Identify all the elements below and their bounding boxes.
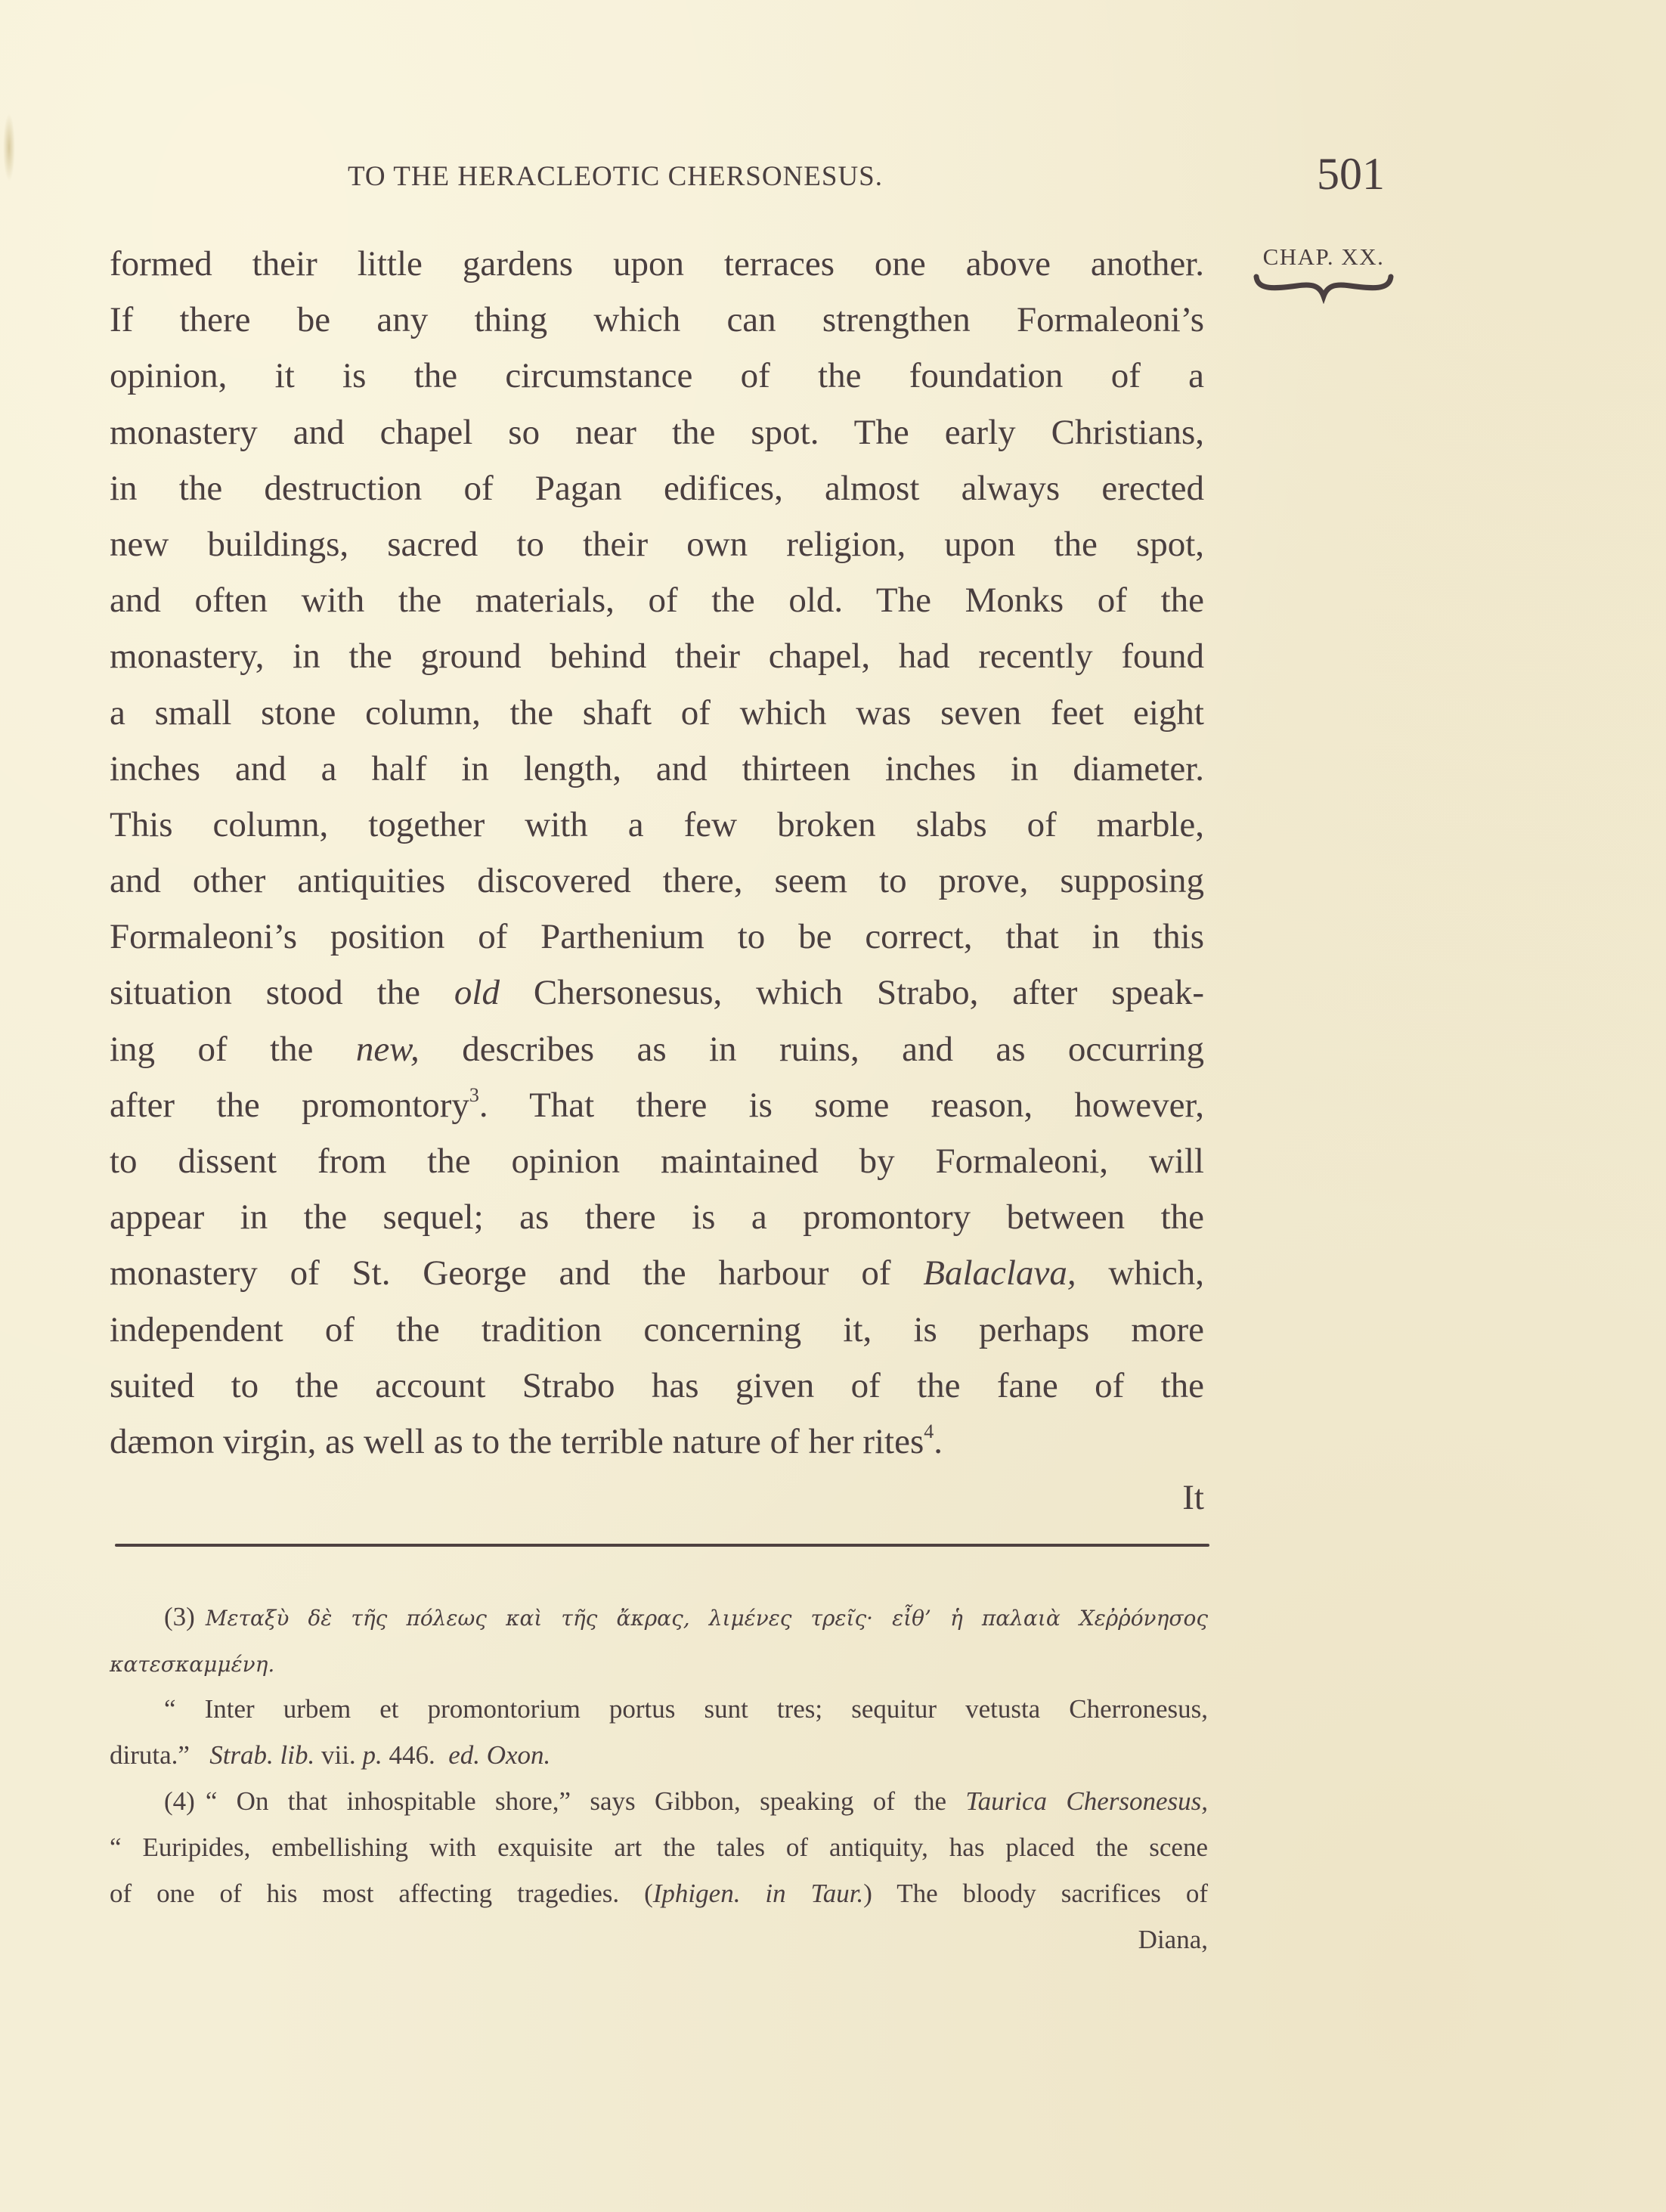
greek-quote-end: κατεσκαμμένη. xyxy=(110,1652,274,1677)
italic-text: old xyxy=(454,973,500,1012)
text-line: independent of the tradition concerning … xyxy=(110,1302,1204,1358)
text-line: inches and a half in length, and thirtee… xyxy=(110,741,1204,797)
italic-text: Balaclava, xyxy=(923,1253,1076,1293)
footnote-italic: Taurica Chersonesus, xyxy=(965,1786,1208,1816)
catchword: It xyxy=(110,1470,1204,1526)
text-line: ing of the new, describes as in ruins, a… xyxy=(110,1021,1204,1077)
footnote-number: (4) xyxy=(164,1786,195,1816)
footnote-3-citation-line: diruta.” Strab. lib. vii. p. 446. ed. Ox… xyxy=(110,1732,1208,1778)
footnote-text: of one of his most affecting tragedies. … xyxy=(110,1879,653,1908)
footnote-number: (3) xyxy=(164,1602,195,1631)
italic-text: new, xyxy=(356,1030,420,1069)
text-run: Chersonesus, which Strabo, after speak- xyxy=(500,973,1204,1012)
text-line: and other antiquities discovered there, … xyxy=(110,853,1204,909)
paper-stain xyxy=(3,113,15,181)
main-text: formed their little gardens upon terrace… xyxy=(110,236,1204,1526)
footnote-4-line-1: (4)“ On that inhospitable shore,” says G… xyxy=(110,1778,1208,1824)
chapter-label: CHAP. XX. xyxy=(1252,243,1395,271)
text-run: . xyxy=(934,1422,943,1461)
text-line: appear in the sequel; as there is a prom… xyxy=(110,1189,1204,1245)
citation-page: 446. xyxy=(389,1740,435,1770)
text-line: to dissent from the opinion maintained b… xyxy=(110,1133,1204,1189)
text-run: . That there is some reason, however, xyxy=(479,1086,1204,1125)
text-line: suited to the account Strabo has given o… xyxy=(110,1358,1204,1414)
text-line: opinion, it is the circumstance of the f… xyxy=(110,348,1204,404)
text-line: If there be any thing which can strength… xyxy=(110,292,1204,348)
text-line: dæmon virgin, as well as to the terrible… xyxy=(110,1414,1204,1470)
text-line: new buildings, sacred to their own relig… xyxy=(110,516,1204,572)
brace-icon xyxy=(1252,274,1395,304)
citation-volume: vii. xyxy=(321,1740,356,1770)
footnote-rule xyxy=(115,1544,1209,1547)
latin-quote-end: diruta.” xyxy=(110,1740,190,1770)
footnote-ref: 3 xyxy=(469,1084,479,1106)
chapter-side-note: CHAP. XX. xyxy=(1252,243,1395,304)
footnote-text: ) The bloody sacrifices of xyxy=(863,1879,1208,1908)
text-line: Formaleoni’s position of Parthenium to b… xyxy=(110,909,1204,965)
footnotes: (3)Μεταξὺ δὲ τῆς πόλεως καὶ τῆς ἄκρας, λ… xyxy=(110,1594,1208,1963)
text-run: after the promontory xyxy=(110,1086,469,1125)
citation-edition: ed. Oxon. xyxy=(448,1740,550,1770)
text-run: describes as in ruins, and as occurring xyxy=(420,1030,1204,1069)
text-line: This column, together with a few broken … xyxy=(110,797,1204,853)
footnote-ref: 4 xyxy=(924,1420,934,1442)
footnote-3-greek-line-2: κατεσκαμμένη. xyxy=(110,1640,1208,1686)
text-run: ing of the xyxy=(110,1030,356,1069)
footnote-3-greek-line: (3)Μεταξὺ δὲ τῆς πόλεως καὶ τῆς ἄκρας, λ… xyxy=(110,1594,1208,1640)
book-page: TO THE HERACLEOTIC CHERSONESUS. 501 CHAP… xyxy=(0,0,1666,2212)
text-line: situation stood the old Chersonesus, whi… xyxy=(110,965,1204,1021)
text-line: after the promontory3. That there is som… xyxy=(110,1077,1204,1133)
text-line: in the destruction of Pagan edifices, al… xyxy=(110,460,1204,516)
text-run: which, xyxy=(1076,1253,1204,1293)
text-run: situation stood the xyxy=(110,973,454,1012)
footnote-text: “ On that inhospitable shore,” says Gibb… xyxy=(206,1786,946,1816)
greek-quote: Μεταξὺ δὲ τῆς πόλεως καὶ τῆς ἄκρας, λιμέ… xyxy=(206,1606,1208,1631)
footnote-italic: Iphigen. in Taur. xyxy=(653,1879,864,1908)
text-run: monastery of St. George and the harbour … xyxy=(110,1253,923,1293)
citation-source: Strab. lib. xyxy=(209,1740,314,1770)
text-line: monastery and chapel so near the spot. T… xyxy=(110,404,1204,460)
footnote-4-line-3: of one of his most affecting tragedies. … xyxy=(110,1870,1208,1916)
text-line: a small stone column, the shaft of which… xyxy=(110,685,1204,741)
text-line: formed their little gardens upon terrace… xyxy=(110,236,1204,292)
running-head-title: TO THE HERACLEOTIC CHERSONESUS. xyxy=(348,160,883,193)
footnote-3-latin-line: “ Inter urbem et promontorium portus sun… xyxy=(110,1686,1208,1732)
text-run: dæmon virgin, as well as to the terrible… xyxy=(110,1422,924,1461)
text-line: monastery of St. George and the harbour … xyxy=(110,1245,1204,1301)
citation-page-label: p. xyxy=(362,1740,382,1770)
page-number: 501 xyxy=(1317,148,1385,200)
text-line: and often with the materials, of the old… xyxy=(110,572,1204,628)
text-line: monastery, in the ground behind their ch… xyxy=(110,628,1204,684)
footnote-4-line-2: “ Euripides, embellishing with exquisite… xyxy=(110,1824,1208,1870)
footnote-catchword: Diana, xyxy=(110,1916,1208,1963)
